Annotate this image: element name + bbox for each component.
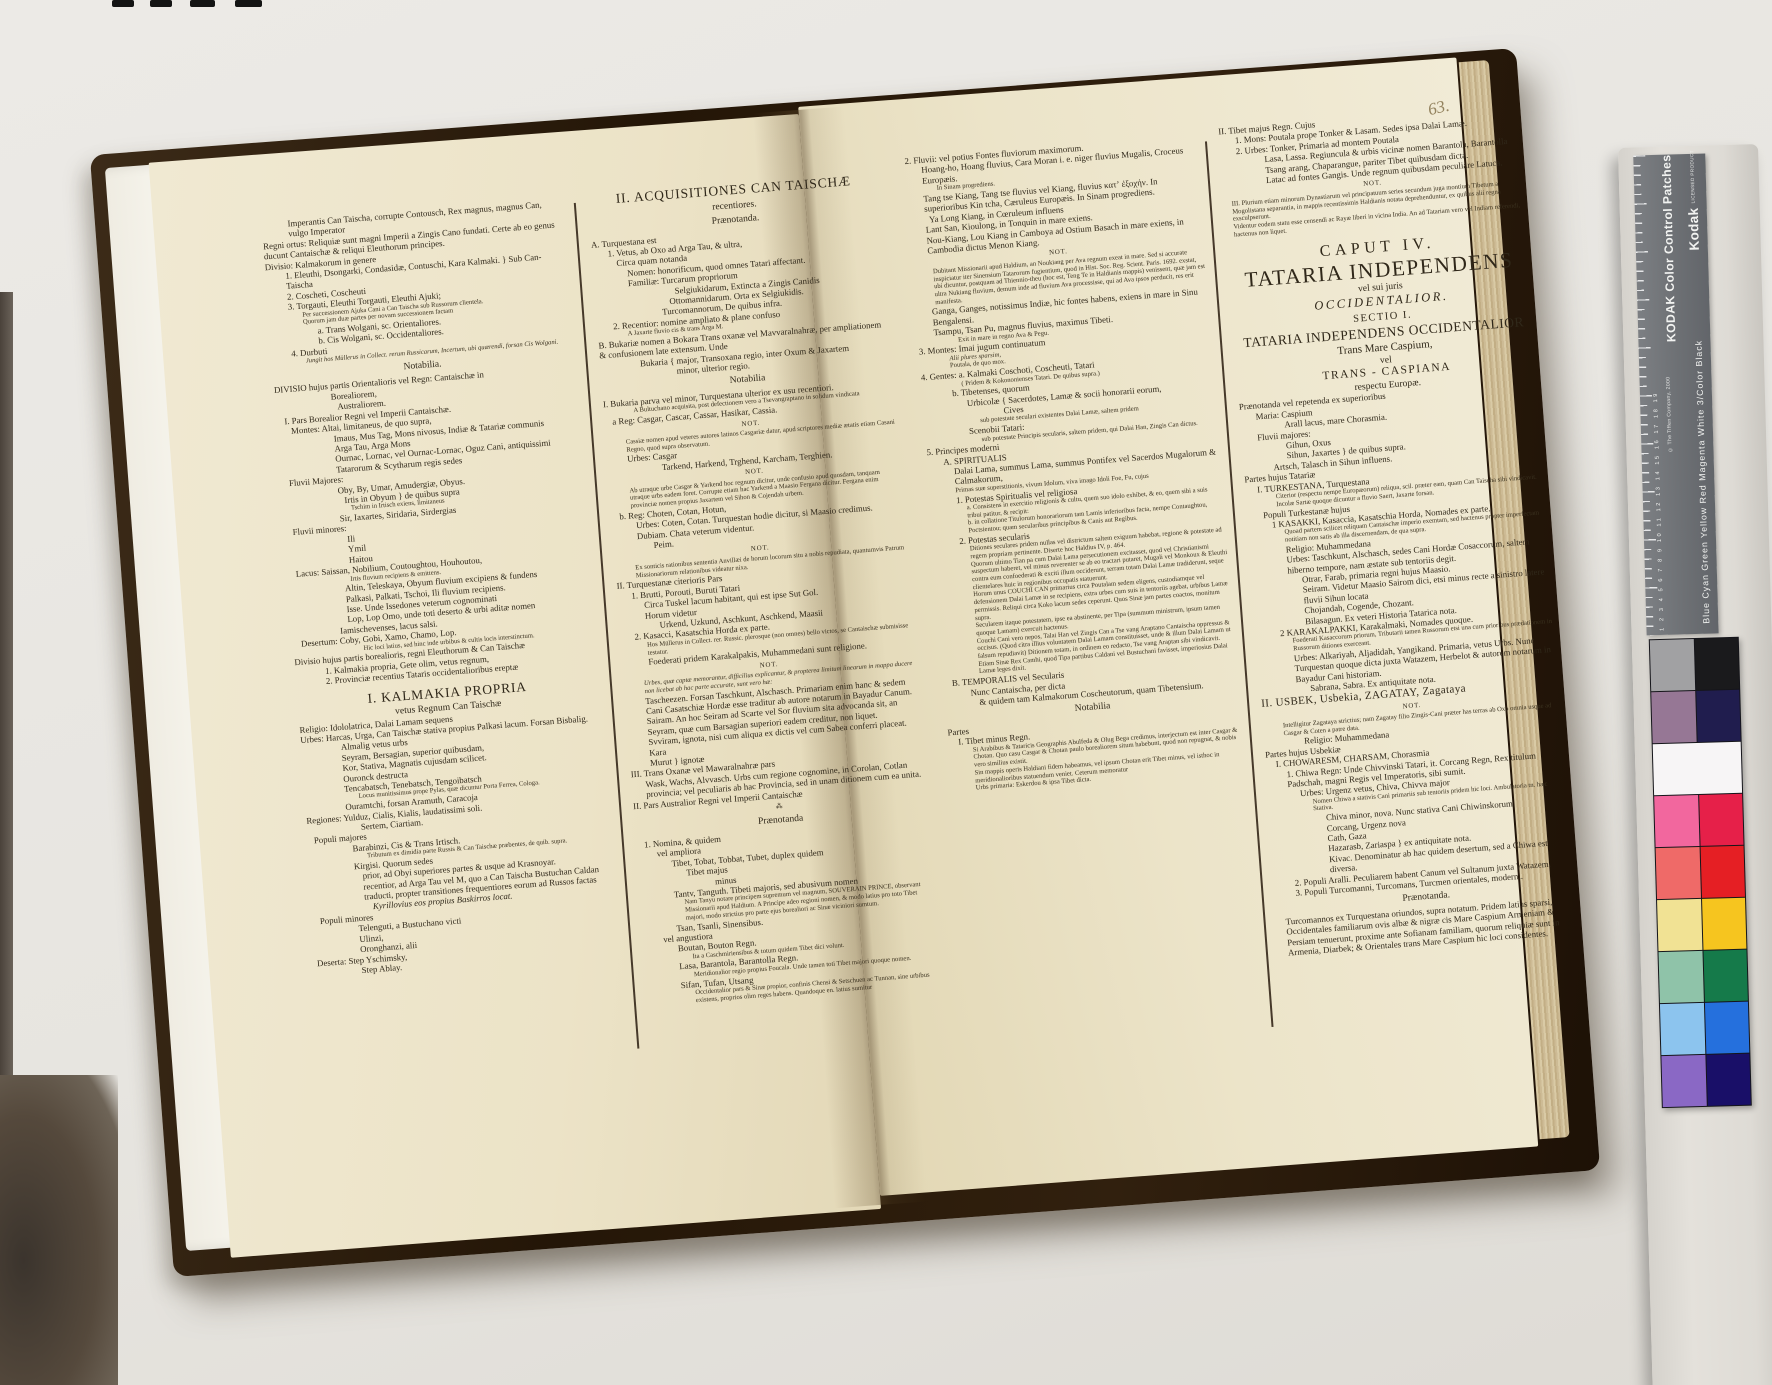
kodak-ruler: 1 2 3 4 5 6 7 8 9 10 11 12 13 14 15 16 1… (1633, 154, 1718, 636)
color-patch (1658, 951, 1703, 1003)
color-patch-row (1657, 898, 1746, 951)
color-patch (1706, 1054, 1751, 1106)
color-patch (1696, 690, 1741, 742)
color-patch-row (1651, 690, 1740, 743)
color-patch (1653, 742, 1742, 795)
table-edge-shadow (0, 292, 13, 1092)
color-patch-row (1654, 794, 1743, 847)
color-patch-row (1660, 1002, 1749, 1055)
registration-mark (190, 0, 215, 7)
color-patch (1650, 639, 1695, 691)
color-patch (1700, 846, 1745, 898)
color-patch (1654, 795, 1699, 847)
registration-mark (235, 0, 262, 7)
kodak-copyright: © The Tiffen Company, 2000 (1666, 376, 1674, 458)
color-patch (1651, 691, 1696, 743)
registration-mark (150, 0, 172, 7)
color-patch-row (1656, 846, 1745, 899)
book-cover-corner-shadow (0, 1075, 118, 1385)
kodak-logo-text: Kodak (1686, 207, 1702, 250)
color-patch (1704, 1002, 1749, 1054)
color-patch (1660, 1003, 1705, 1055)
color-patch (1702, 898, 1747, 950)
color-patch-row (1653, 742, 1742, 795)
color-patch (1703, 950, 1748, 1002)
color-patch-row (1658, 950, 1747, 1003)
color-patch (1694, 638, 1739, 690)
open-book: 63. Imperantis Can Taischa, corrupte Con… (90, 48, 1600, 1277)
color-patch-row (1661, 1054, 1750, 1107)
photo-of-open-book: { "right_page": { "page_number": "63." }… (0, 0, 1772, 1385)
color-patch (1661, 1055, 1706, 1107)
color-patch (1656, 847, 1701, 899)
color-patch (1657, 899, 1702, 951)
registration-mark (112, 0, 134, 7)
kodak-color-control-card: 1 2 3 4 5 6 7 8 9 10 11 12 13 14 15 16 1… (1618, 144, 1772, 1385)
kodak-title: KODAK Color Control Patches (1659, 154, 1679, 376)
kodak-brand: Kodak LICENSED PRODUCT (1683, 158, 1703, 242)
kodak-licensed-text: LICENSED PRODUCT (1689, 150, 1695, 203)
color-patch (1699, 794, 1744, 846)
color-patch-row (1650, 638, 1739, 691)
color-patch-grid (1649, 637, 1752, 1108)
